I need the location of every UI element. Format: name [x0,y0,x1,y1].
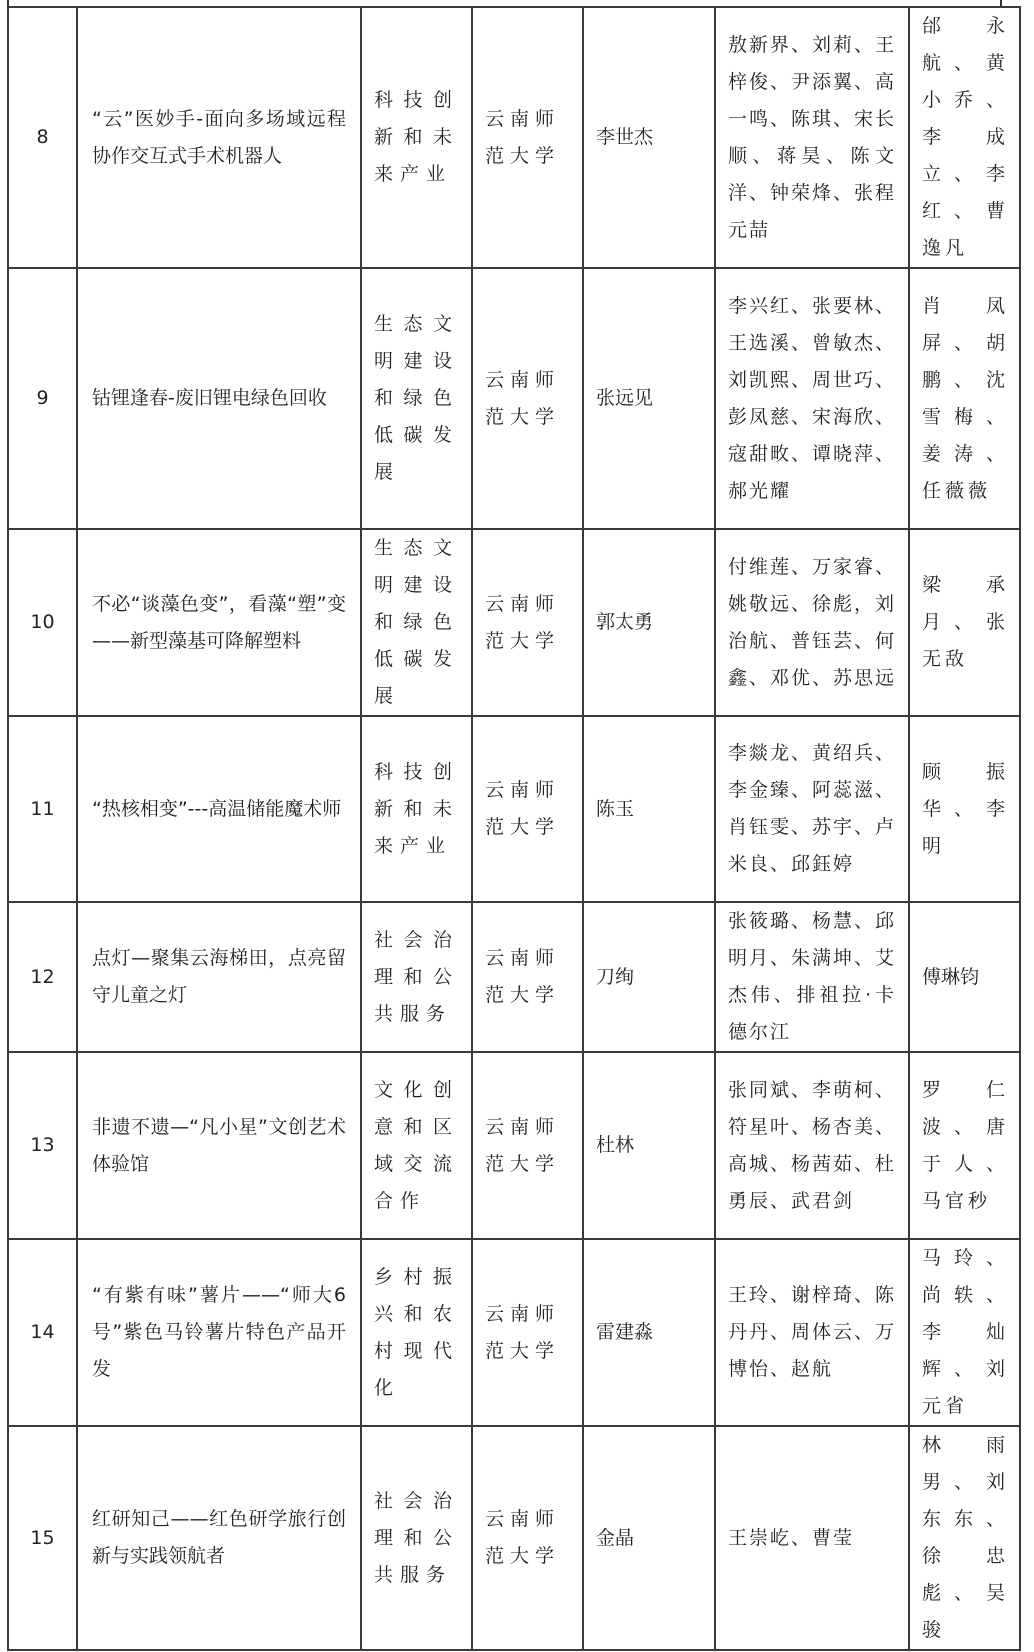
school-name: 云南师范大学 [485,1296,572,1370]
track-category: 社会治理和公共服务 [374,1483,459,1594]
mentors: 罗仁波、唐于人、马官秒 [922,1072,1009,1220]
school-name: 云南师范大学 [485,101,572,175]
project-title: 红研知己——红色研学旅行创新与实践领航者 [92,1501,346,1575]
team-members: 张同斌、李萌柯、符星叶、杨杏美、高城、杨茜茹、杜勇辰、武君剑 [728,1072,896,1220]
mentors: 肖凤屏、胡鹏、沈雪梅、姜涛、任薇薇 [922,288,1009,510]
mentors: 马玲、尚轶、李灿辉、刘元省 [922,1240,1009,1425]
school-name: 云南师范大学 [485,1109,572,1183]
table-row: 9 钴锂逢春-废旧锂电绿色回收 生态文明建设和绿色低碳发展 云南师范大学 张远见… [8,268,1020,529]
track-category: 文化创意和区域交流合作 [374,1072,459,1220]
table-row: 8 “云”医妙手-面向多场域远程协作交互式手术机器人 科技创新和未来产业 云南师… [8,7,1020,268]
mentors: 林雨男、刘东东、徐忠彪、吴骏 [922,1427,1009,1649]
track-category: 生态文明建设和绿色低碳发展 [374,530,459,715]
track-category: 生态文明建设和绿色低碳发展 [374,306,459,491]
mentors: 傅琳钧 [922,959,1009,996]
project-title: 点灯—聚集云海梯田，点亮留守儿童之灯 [92,940,346,1014]
team-members: 王玲、谢梓琦、陈丹丹、周体云、万博怡、赵航 [728,1277,896,1388]
row-number: 9 [8,268,77,529]
school-name: 云南师范大学 [485,940,572,1014]
awards-table: 8 “云”医妙手-面向多场域远程协作交互式手术机器人 科技创新和未来产业 云南师… [7,6,1021,1651]
school-name: 云南师范大学 [485,362,572,436]
team-leader: 郭太勇 [596,604,704,641]
team-leader: 雷建淼 [596,1314,704,1351]
team-members: 敖新界、刘莉、王梓俊、尹添翼、高一鸣、陈琪、宋长顺、蒋昊、陈文洋、钟荣烽、张程元… [728,27,896,249]
track-category: 科技创新和未来产业 [374,82,459,193]
school-name: 云南师范大学 [485,772,572,846]
project-title: “有紫有味”薯片——“师大6号”紫色马铃薯片特色产品开发 [92,1277,346,1388]
team-leader: 金晶 [596,1520,704,1557]
team-members: 王崇屹、曹莹 [728,1520,896,1557]
table-row: 15 红研知己——红色研学旅行创新与实践领航者 社会治理和公共服务 云南师范大学… [8,1426,1020,1650]
track-category: 科技创新和未来产业 [374,754,459,865]
team-leader: 杜林 [596,1127,704,1164]
project-title: “热核相变”---高温储能魔术师 [92,791,346,828]
row-number: 8 [8,7,77,268]
team-leader: 陈玉 [596,791,704,828]
team-leader: 李世杰 [596,119,704,156]
team-members: 张筱璐、杨慧、邱明月、朱满坤、艾杰伟、排祖拉·卡德尔江 [728,903,896,1051]
team-members: 付维莲、万家睿、姚敬远、徐彪，刘治航、普钰芸、何鑫、邓优、苏思远 [728,549,896,697]
mentors: 梁承月、张无敌 [922,567,1009,678]
team-leader: 张远见 [596,380,704,417]
project-title: 非遗不遗—“凡小星”文创艺术体验馆 [92,1109,346,1183]
team-leader: 刀绚 [596,959,704,996]
school-name: 云南师范大学 [485,586,572,660]
school-name: 云南师范大学 [485,1501,572,1575]
team-members: 李兴红、张要林、王选溪、曾敏杰、刘凯熙、周世巧、彭凤慈、宋海欣、寇甜畋、谭晓萍、… [728,288,896,510]
table-row: 13 非遗不遗—“凡小星”文创艺术体验馆 文化创意和区域交流合作 云南师范大学 … [8,1052,1020,1239]
row-number: 12 [8,902,77,1052]
project-title: 不必“谈藻色变”，看藻“塑”变——新型藻基可降解塑料 [92,586,346,660]
row-number: 10 [8,529,77,716]
project-title: “云”医妙手-面向多场域远程协作交互式手术机器人 [92,101,346,175]
table-row: 12 点灯—聚集云海梯田，点亮留守儿童之灯 社会治理和公共服务 云南师范大学 刀… [8,902,1020,1052]
table-row: 14 “有紫有味”薯片——“师大6号”紫色马铃薯片特色产品开发 乡村振兴和农村现… [8,1239,1020,1426]
table-row: 10 不必“谈藻色变”，看藻“塑”变——新型藻基可降解塑料 生态文明建设和绿色低… [8,529,1020,716]
row-number: 15 [8,1426,77,1650]
row-number: 11 [8,716,77,902]
track-category: 乡村振兴和农村现代化 [374,1259,459,1407]
project-title: 钴锂逢春-废旧锂电绿色回收 [92,380,346,417]
mentors: 顾振华、李明 [922,754,1009,865]
mentors: 邰永航、黄小乔、李成立、李红、曹逸凡 [922,8,1009,267]
row-number: 13 [8,1052,77,1239]
track-category: 社会治理和公共服务 [374,922,459,1033]
row-number: 14 [8,1239,77,1426]
table-row: 11 “热核相变”---高温储能魔术师 科技创新和未来产业 云南师范大学 陈玉 … [8,716,1020,902]
team-members: 李燚龙、黄绍兵、李金臻、阿蕊滋、肖钰雯、苏宇、卢米良、邱鈺婷 [728,735,896,883]
